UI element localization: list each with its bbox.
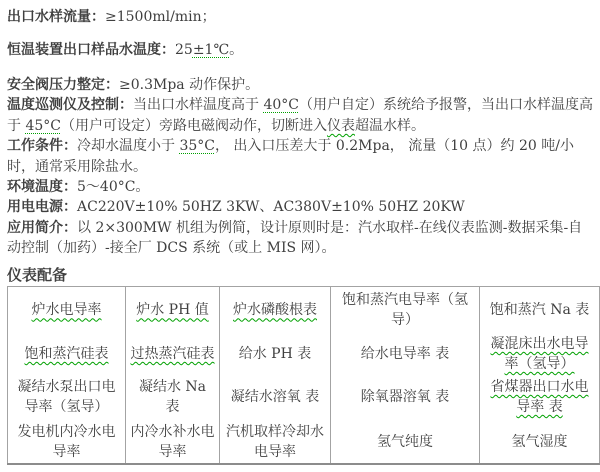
spec-sample-temperature-period: 。 [229,42,243,58]
table-cell: 过热蒸汽硅表 [126,334,220,374]
table-cell: 氢气纯度 [331,420,480,464]
document-page: { "colors": { "text": "#3f3f3f", "table_… [0,0,600,472]
spec-temp-monitor-text-1: 当出口水样温度高于 [133,97,263,113]
table-cell: 饱和蒸汽 Na 表 [480,286,600,334]
spec-working-conditions-text-1: 冷却水温度小于 [77,138,179,154]
spec-block: 安全阀压力整定：≥0.3Mpa 动作保护。 温度巡测仪及控制：当出口水样温度高于… [7,75,595,259]
spec-cooling-water-temperature: 35°C [179,138,215,154]
instrument-section-heading: 仪表配备 [7,265,595,285]
spec-outlet-flow-value: ≥1500ml/min； [105,9,216,25]
spec-ambient-temperature-value: 5～40°C。 [77,179,149,195]
table-cell: 凝结水 Na 表 [126,374,220,420]
spec-application-intro: 应用简介：以 2×300MW 机组为例简，设计原则时是：汽水取样-在线仪表监测-… [7,218,595,259]
spec-working-conditions-label: 工作条件： [7,138,77,154]
table-cell: 凝结水溶氧 表 [220,374,331,420]
spec-power-supply-value: AC220V±10% 50HZ 3KW、AC380V±10% 50HZ 20KW [77,199,465,215]
spec-power-supply-label: 用电电源： [7,199,77,215]
table-cell: 氢气湿度 [480,420,600,464]
table-cell: 汽机取样冷却水电导率 [220,420,331,464]
spec-outlet-flow: 出口水样流量：≥1500ml/min； [7,7,595,27]
table-row: 发电机内冷水电导率 内冷水补水电导率 汽机取样冷却水电导率 氢气纯度 氢气湿度 [8,420,600,464]
table-row: 炉水电导率 炉水 PH 值 炉水磷酸根表 饱和蒸汽电导率（氢导） 饱和蒸汽 Na… [8,286,600,334]
spec-safety-valve-label: 安全阀压力整定： [7,77,119,93]
table-cell: 省煤器出口水电导率 表 [480,374,600,420]
spec-sample-temperature-value: 25 [175,42,193,58]
spec-sample-temperature: 恒温装置出口样品水温度：25±1℃。 [7,40,595,60]
table-cell: 饱和蒸汽硅表 [8,334,126,374]
spec-application-intro-label: 应用简介： [7,220,77,236]
spec-temp-monitor-label: 温度巡测仪及控制： [7,97,133,113]
document-body: 出口水样流量：≥1500ml/min； 恒温装置出口样品水温度：25±1℃。 安… [0,0,600,465]
table-cell: 除氧器溶氧 表 [331,374,480,420]
spec-working-conditions: 工作条件：冷却水温度小于 35°C， 出入口压差大于 0.2Mpa， 流量（10… [7,136,595,177]
table-cell: 给水电导率 表 [331,334,480,374]
table-cell: 凝混床出水电导率（氢导） [480,334,600,374]
table-cell: 饱和蒸汽电导率（氢导） [331,286,480,334]
spec-safety-valve: 安全阀压力整定：≥0.3Mpa 动作保护。 [7,75,595,95]
spec-temp-monitor-control: 温度巡测仪及控制：当出口水样温度高于 40°C（用户自定）系统给予报警，当出口水… [7,95,595,136]
table-cell: 凝结水泵出口电导率（氢导） [8,374,126,420]
spec-temp-monitor-text-4: 仪表 [327,118,355,134]
spec-safety-valve-value: ≥0.3Mpa 动作保护。 [119,77,259,93]
spec-outlet-flow-label: 出口水样流量： [7,9,105,25]
spec-cutoff-temperature: 45°C [25,118,61,134]
table-row: 饱和蒸汽硅表 过热蒸汽硅表 给水 PH 表 给水电导率 表 凝混床出水电导率（氢… [8,334,600,374]
table-cell: 给水 PH 表 [220,334,331,374]
table-row: 凝结水泵出口电导率（氢导） 凝结水 Na 表 凝结水溶氧 表 除氧器溶氧 表 省… [8,374,600,420]
table-cell: 炉水磷酸根表 [220,286,331,334]
table-cell: 炉水电导率 [8,286,126,334]
spec-alarm-temperature: 40°C [263,97,299,113]
instrument-table: 炉水电导率 炉水 PH 值 炉水磷酸根表 饱和蒸汽电导率（氢导） 饱和蒸汽 Na… [7,286,600,466]
table-cell: 内冷水补水电导率 [126,420,220,464]
spec-application-intro-value: 以 2×300MW 机组为例简，设计原则时是：汽水取样-在线仪表监测-数据采集-… [7,220,582,256]
table-cell: 发电机内冷水电导率 [8,420,126,464]
spec-ambient-temperature: 环境温度：5～40°C。 [7,177,595,197]
spec-sample-temperature-label: 恒温装置出口样品水温度： [7,42,175,58]
spec-sample-temperature-tolerance: ±1℃ [193,42,229,58]
spec-ambient-temperature-label: 环境温度： [7,179,77,195]
spec-temp-monitor-text-3: （用户可设定）旁路电磁阀动作，切断进入 [61,118,327,134]
spec-power-supply: 用电电源：AC220V±10% 50HZ 3KW、AC380V±10% 50HZ… [7,197,595,217]
table-cell: 炉水 PH 值 [126,286,220,334]
spec-temp-monitor-text-5: 超温水样。 [355,118,425,134]
